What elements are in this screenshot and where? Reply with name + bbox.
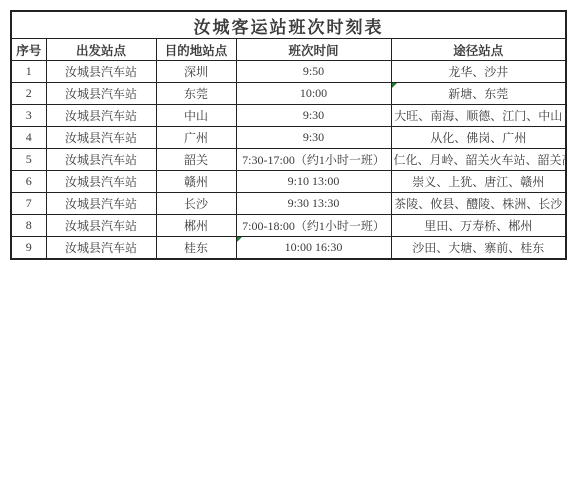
cell-destination: 郴州 bbox=[156, 215, 236, 237]
cell-time: 7:30-17:00（约1小时一班） bbox=[236, 149, 391, 171]
column-header-departure: 出发站点 bbox=[46, 39, 156, 61]
schedule-table: 汝城客运站班次时刻表 序号 出发站点 目的地站点 班次时间 途径站点 1 汝城县… bbox=[10, 10, 567, 260]
column-header-destination: 目的地站点 bbox=[156, 39, 236, 61]
cell-time: 7:00-18:00（约1小时一班） bbox=[236, 215, 391, 237]
cell-departure: 汝城县汽车站 bbox=[46, 83, 156, 105]
table-title: 汝城客运站班次时刻表 bbox=[11, 11, 566, 39]
cell-seq: 2 bbox=[11, 83, 46, 105]
cell-destination: 东莞 bbox=[156, 83, 236, 105]
cell-via: 崇义、上犹、唐江、赣州 bbox=[391, 171, 566, 193]
cell-time: 9:50 bbox=[236, 61, 391, 83]
cell-via: 茶陵、攸县、醴陵、株洲、长沙 bbox=[391, 193, 566, 215]
cell-seq: 9 bbox=[11, 237, 46, 260]
cell-time: 9:30 bbox=[236, 127, 391, 149]
table-row: 3 汝城县汽车站 中山 9:30 大旺、南海、顺德、江门、中山 bbox=[11, 105, 566, 127]
cell-time: 9:30 bbox=[236, 105, 391, 127]
column-header-via: 途径站点 bbox=[391, 39, 566, 61]
table-row: 2 汝城县汽车站 东莞 10:00 新塘、东莞 bbox=[11, 83, 566, 105]
cell-time: 10:00 bbox=[236, 83, 391, 105]
cell-departure: 汝城县汽车站 bbox=[46, 215, 156, 237]
page-background: 汝城客运站班次时刻表 序号 出发站点 目的地站点 班次时间 途径站点 1 汝城县… bbox=[0, 0, 575, 500]
table-row: 5 汝城县汽车站 韶关 7:30-17:00（约1小时一班） 仁化、月岭、韶关火… bbox=[11, 149, 566, 171]
cell-time: 9:30 13:30 bbox=[236, 193, 391, 215]
table-row: 1 汝城县汽车站 深圳 9:50 龙华、沙井 bbox=[11, 61, 566, 83]
cell-seq: 8 bbox=[11, 215, 46, 237]
cell-destination: 桂东 bbox=[156, 237, 236, 260]
cell-departure: 汝城县汽车站 bbox=[46, 127, 156, 149]
cell-time: 10:00 16:30 bbox=[236, 237, 391, 260]
cell-seq: 4 bbox=[11, 127, 46, 149]
cell-destination: 中山 bbox=[156, 105, 236, 127]
table-row: 8 汝城县汽车站 郴州 7:00-18:00（约1小时一班） 里田、万寿桥、郴州 bbox=[11, 215, 566, 237]
title-row: 汝城客运站班次时刻表 bbox=[11, 11, 566, 39]
cell-via: 仁化、月岭、韶关火车站、韶关高铁站 bbox=[391, 149, 566, 171]
cell-destination: 长沙 bbox=[156, 193, 236, 215]
cell-time: 9:10 13:00 bbox=[236, 171, 391, 193]
cell-destination: 赣州 bbox=[156, 171, 236, 193]
cell-via: 新塘、东莞 bbox=[391, 83, 566, 105]
cell-destination: 广州 bbox=[156, 127, 236, 149]
cell-departure: 汝城县汽车站 bbox=[46, 149, 156, 171]
column-header-seq: 序号 bbox=[11, 39, 46, 61]
cell-departure: 汝城县汽车站 bbox=[46, 61, 156, 83]
cell-seq: 1 bbox=[11, 61, 46, 83]
column-header-time: 班次时间 bbox=[236, 39, 391, 61]
cell-departure: 汝城县汽车站 bbox=[46, 105, 156, 127]
comment-marker-icon bbox=[237, 237, 242, 242]
table-row: 6 汝城县汽车站 赣州 9:10 13:00 崇义、上犹、唐江、赣州 bbox=[11, 171, 566, 193]
cell-seq: 6 bbox=[11, 171, 46, 193]
cell-via: 沙田、大塘、寨前、桂东 bbox=[391, 237, 566, 260]
cell-via: 从化、佛岗、广州 bbox=[391, 127, 566, 149]
cell-destination: 深圳 bbox=[156, 61, 236, 83]
comment-marker-icon bbox=[392, 83, 397, 88]
cell-seq: 7 bbox=[11, 193, 46, 215]
table-row: 4 汝城县汽车站 广州 9:30 从化、佛岗、广州 bbox=[11, 127, 566, 149]
cell-destination: 韶关 bbox=[156, 149, 236, 171]
cell-via: 里田、万寿桥、郴州 bbox=[391, 215, 566, 237]
cell-seq: 5 bbox=[11, 149, 46, 171]
table-row: 9 汝城县汽车站 桂东 10:00 16:30 沙田、大塘、寨前、桂东 bbox=[11, 237, 566, 260]
table-row: 7 汝城县汽车站 长沙 9:30 13:30 茶陵、攸县、醴陵、株洲、长沙 bbox=[11, 193, 566, 215]
cell-via: 大旺、南海、顺德、江门、中山 bbox=[391, 105, 566, 127]
cell-departure: 汝城县汽车站 bbox=[46, 237, 156, 260]
cell-seq: 3 bbox=[11, 105, 46, 127]
cell-departure: 汝城县汽车站 bbox=[46, 193, 156, 215]
cell-via: 龙华、沙井 bbox=[391, 61, 566, 83]
header-row: 序号 出发站点 目的地站点 班次时间 途径站点 bbox=[11, 39, 566, 61]
cell-departure: 汝城县汽车站 bbox=[46, 171, 156, 193]
